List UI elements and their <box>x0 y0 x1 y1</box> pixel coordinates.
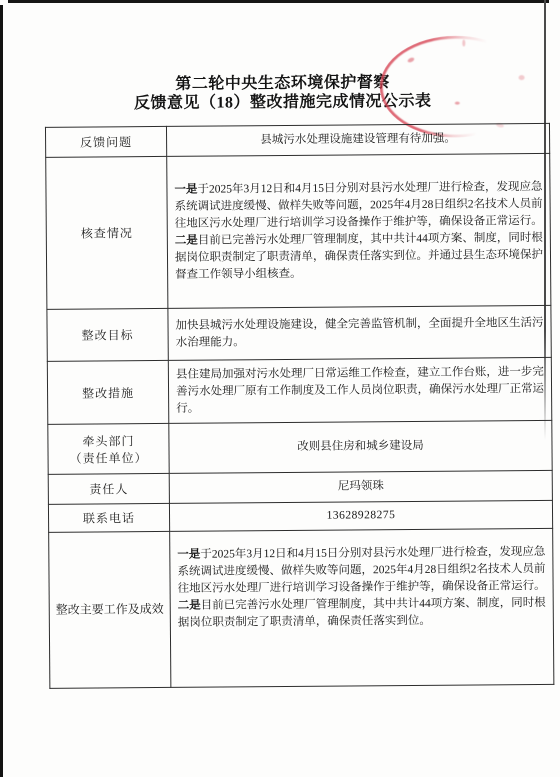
main-work-point-1-text: 于2025年3月12日和4月15日分别对县污水处理厂进行检查，发现应急系统调试进… <box>177 546 545 595</box>
row-main-work-results: 整改主要工作及成效 一是于2025年3月12日和4月15日分别对县污水处理厂进行… <box>49 528 554 688</box>
row-label-contact-phone: 联系电话 <box>48 503 169 532</box>
row-contact-phone: 联系电话 13628928275 <box>48 500 552 532</box>
verification-point-2-marker: 二是 <box>175 234 198 246</box>
row-label-main-work-results: 整改主要工作及成效 <box>49 531 171 688</box>
rectification-goal-value: 加快县城污水处理设施建设，健全完善监管机制，全面提升全地区生活污水治理能力。 <box>168 305 551 360</box>
lead-department-label-line-1: 牵头部门 <box>54 431 162 449</box>
verification-point-1-marker: 一是 <box>174 183 197 195</box>
feedback-issue-value: 县城污水处理设施建设管理有待加强。 <box>166 123 549 156</box>
lead-department-value: 改则县住房和城乡建设局 <box>169 420 552 473</box>
main-work-results-value: 一是于2025年3月12日和4月15日分别对县污水处理厂进行检查，发现应急系统调… <box>170 528 554 687</box>
seal-ink-speck <box>462 40 465 47</box>
row-label-verification-status: 核查情况 <box>46 156 168 309</box>
row-rectification-measures: 整改措施 县住建局加强对污水处理厂日常运维工作检查，建立工作台账，进一步完善污水… <box>47 357 551 424</box>
row-label-feedback-issue: 反馈问题 <box>45 126 166 157</box>
row-rectification-goal: 整改目标 加快县城污水处理设施建设，健全完善监管机制，全面提升全地区生活污水治理… <box>47 305 551 361</box>
main-work-point-2-marker: 二是 <box>178 600 201 612</box>
row-lead-department: 牵头部门 （责任单位） 改则县住房和城乡建设局 <box>48 420 552 474</box>
row-label-lead-department: 牵头部门 （责任单位） <box>48 423 169 474</box>
verification-point-1-text: 于2025年3月12日和4月15日分别对县污水处理厂进行检查，发现应急系统调试进… <box>175 180 543 229</box>
contact-phone-value: 13628928275 <box>169 500 552 531</box>
row-responsible-person: 责任人 尼玛领珠 <box>48 470 552 504</box>
main-work-point-1-marker: 一是 <box>177 549 200 561</box>
title-line-2: 反馈意见（18）整改措施完成情况公示表 <box>42 91 524 114</box>
rectification-status-table: 反馈问题 县城污水处理设施建设管理有待加强。 核查情况 一是于2025年3月12… <box>45 123 554 689</box>
row-label-rectification-goal: 整改目标 <box>47 308 168 361</box>
row-feedback-issue: 反馈问题 县城污水处理设施建设管理有待加强。 <box>45 123 549 157</box>
main-work-point-2-text: 目前已完善污水处理厂管理制度，其中共计44项方案、制度，同时根据岗位职责制定了职… <box>178 597 546 629</box>
responsible-person-value: 尼玛领珠 <box>169 470 552 503</box>
row-label-responsible-person: 责任人 <box>48 473 169 504</box>
row-label-rectification-measures: 整改措施 <box>47 360 168 424</box>
verification-point-2-text: 目前已完善污水处理厂管理制度，其中共计44项方案、制度，同时根据岗位职责制定了职… <box>175 231 543 280</box>
document-title: 第二轮中央生态环境保护督察 反馈意见（18）整改措施完成情况公示表 <box>42 72 524 114</box>
rectification-measures-value: 县住建局加强对污水处理厂日常运维工作检查，建立工作台账，进一步完善污水处理厂原有… <box>168 357 551 423</box>
seal-ink-speck <box>407 57 415 64</box>
row-verification-status: 核查情况 一是于2025年3月12日和4月15日分别对县污水处理厂进行检查，发现… <box>46 153 551 309</box>
verification-status-value: 一是于2025年3月12日和4月15日分别对县污水处理厂进行检查，发现应急系统调… <box>167 153 551 308</box>
document-content: 第二轮中央生态环境保护督察 反馈意见（18）整改措施完成情况公示表 反馈问题 县… <box>0 0 560 777</box>
lead-department-label-line-2: （责任单位） <box>55 448 163 466</box>
